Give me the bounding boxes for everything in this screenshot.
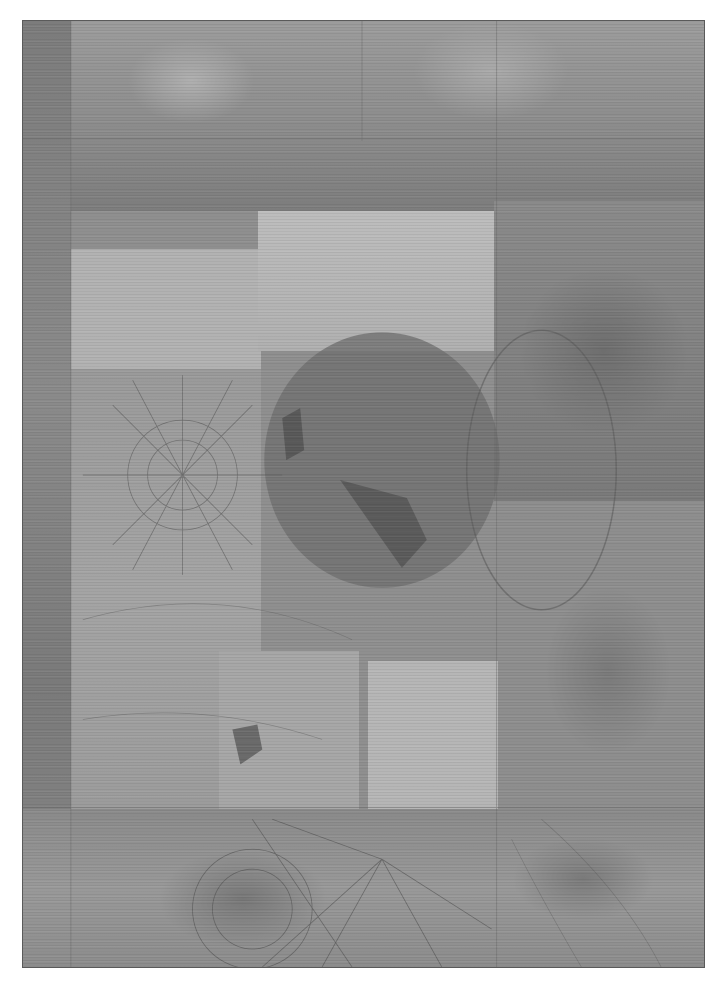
compass-rose-left [83, 375, 282, 575]
map-linework [23, 21, 704, 967]
meridian-lines [83, 604, 661, 967]
island-shape [232, 725, 262, 765]
globe-shape [264, 332, 499, 587]
rug [22, 20, 705, 968]
compass-rose-bottom [193, 819, 492, 967]
